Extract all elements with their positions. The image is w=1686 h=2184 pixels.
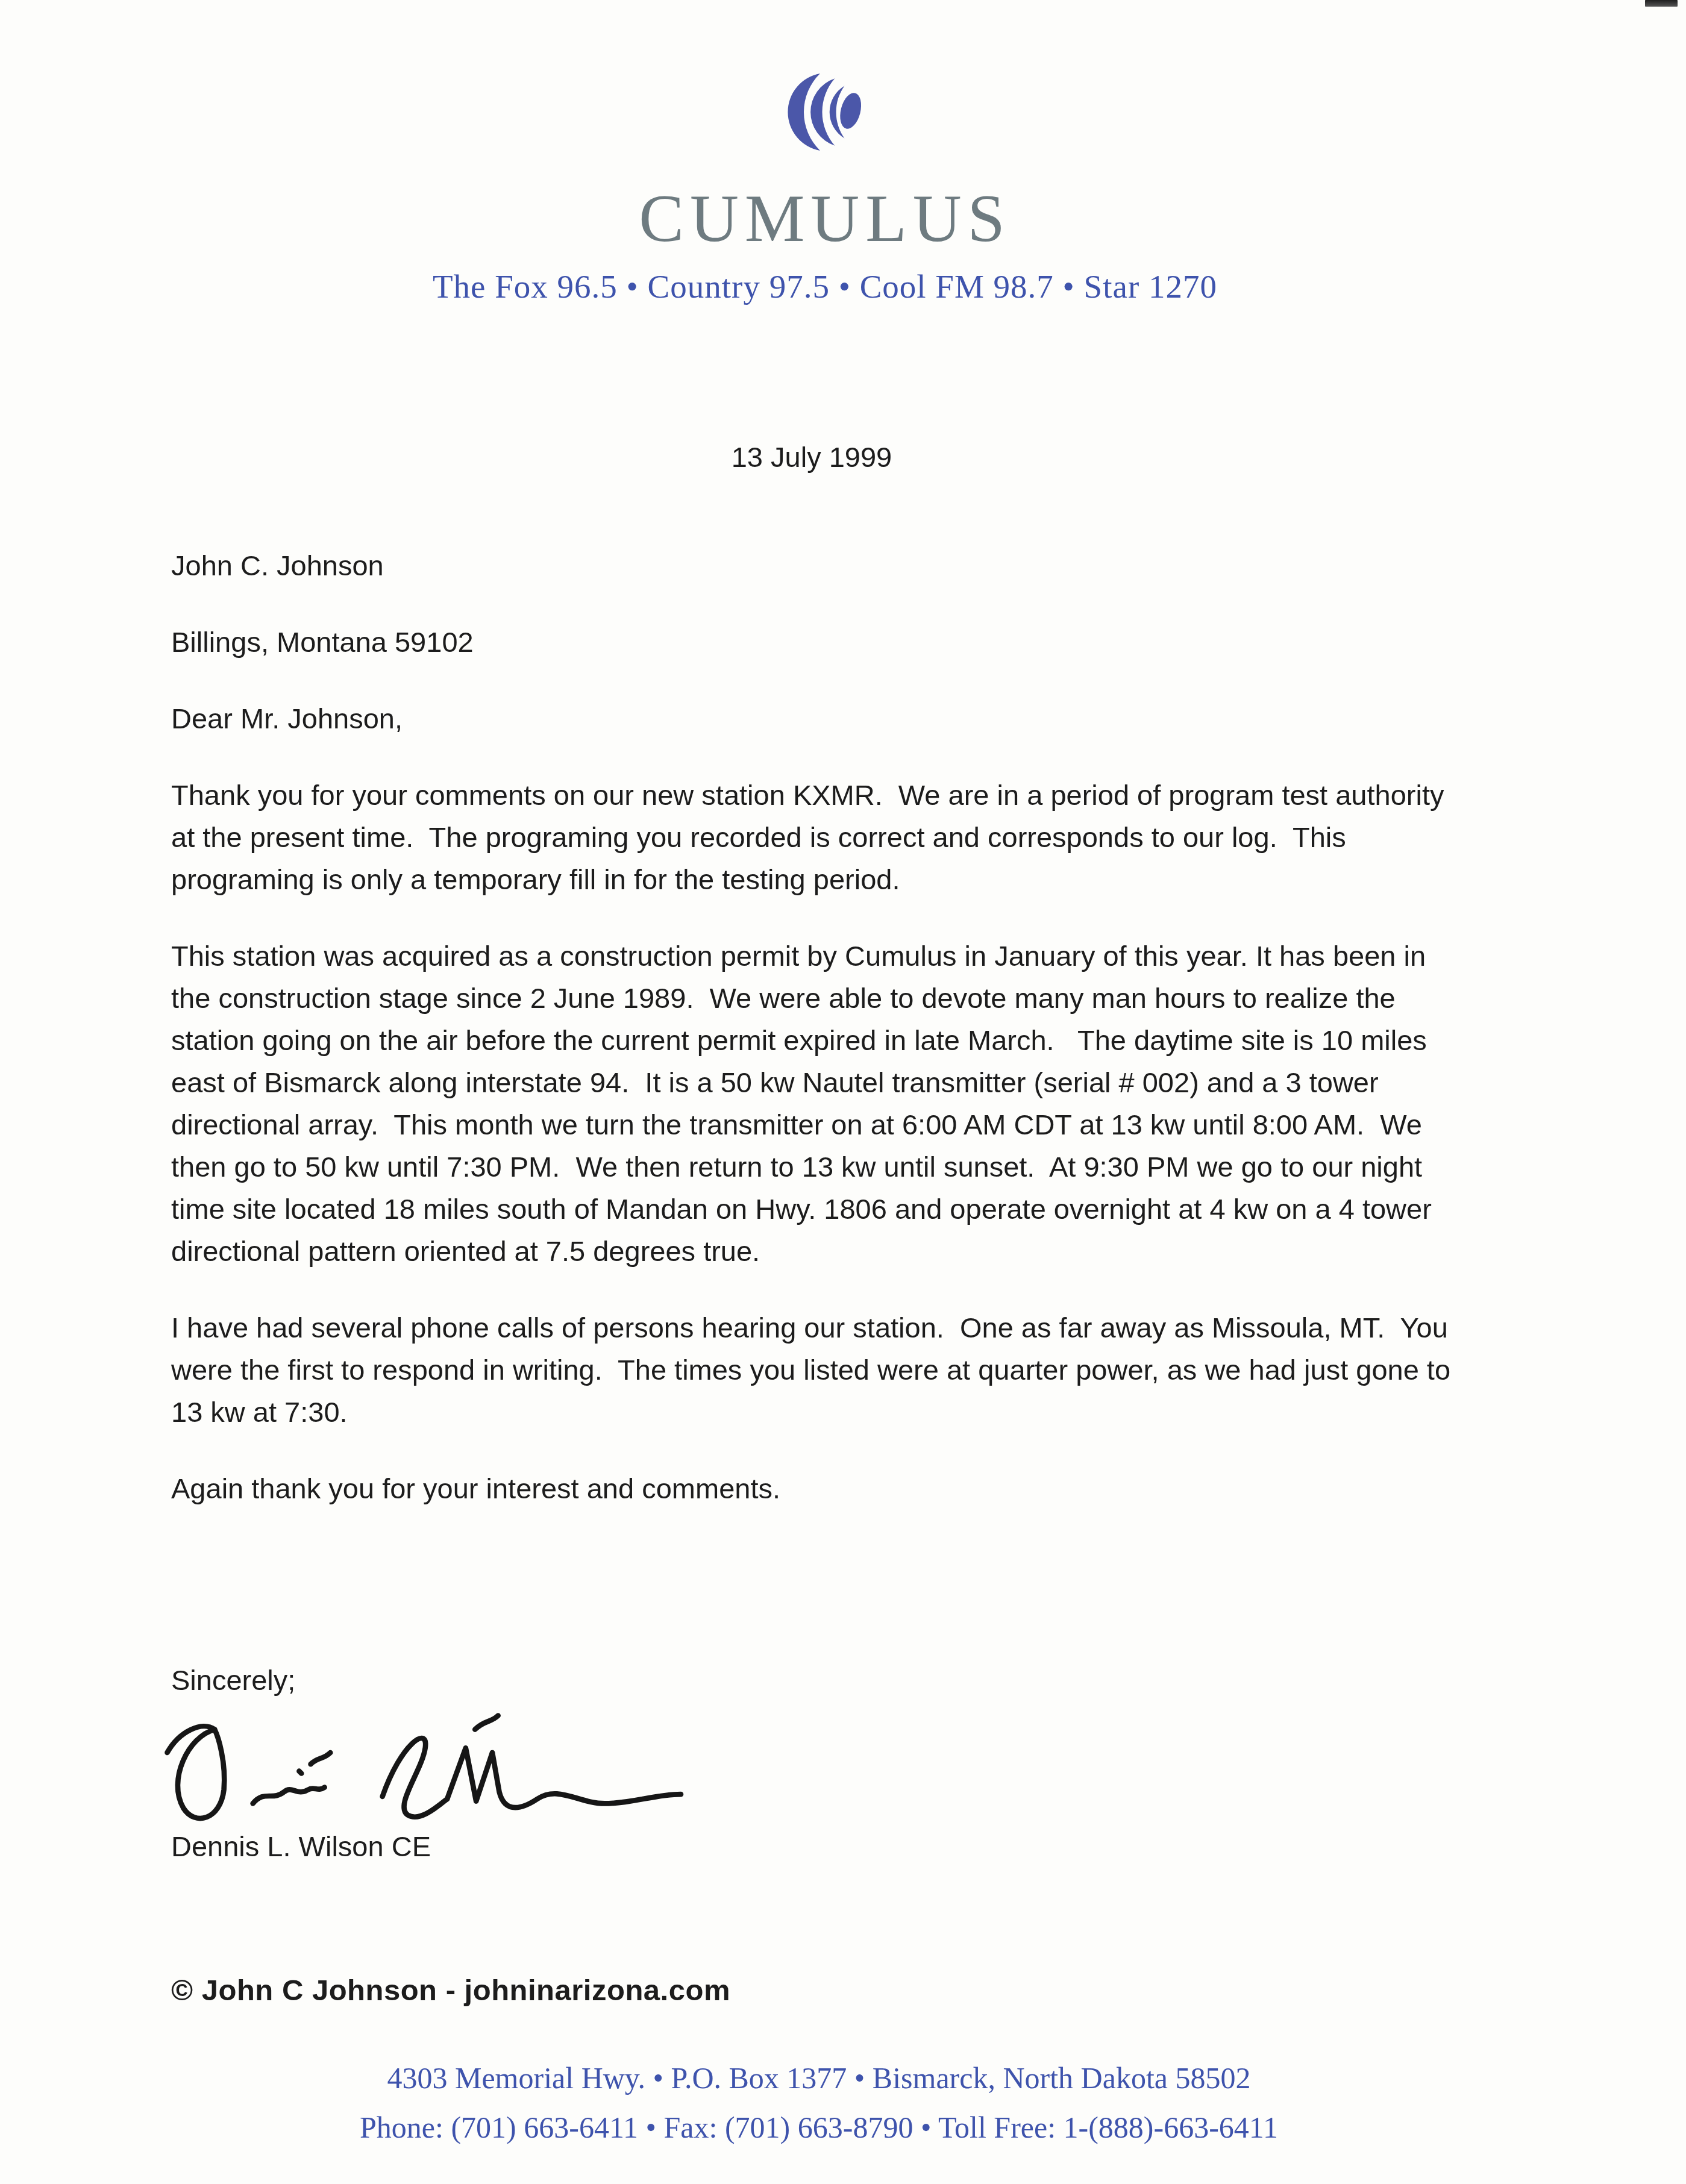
signature-image bbox=[160, 1697, 1488, 1836]
recipient-city: Billings, Montana 59102 bbox=[171, 621, 1488, 663]
footer-contact: Phone: (701) 663-6411 • Fax: (701) 663-8… bbox=[0, 2103, 1662, 2152]
brand-title: CUMULUS bbox=[0, 180, 1668, 258]
footer-address: 4303 Memorial Hwy. • P.O. Box 1377 • Bis… bbox=[0, 2053, 1662, 2103]
letter-date: 13 July 1999 bbox=[0, 440, 1655, 474]
letterhead: CUMULUS The Fox 96.5 • Country 97.5 • Co… bbox=[0, 0, 1686, 305]
letter-paragraph: This station was acquired as a construct… bbox=[171, 935, 1473, 1272]
letter-paragraph: I have had several phone calls of person… bbox=[171, 1307, 1473, 1433]
scanned-letter-page: { "header": { "brand": "CUMULUS", "stati… bbox=[0, 0, 1686, 2184]
cumulus-logo-icon bbox=[780, 72, 865, 152]
stations-line: The Fox 96.5 • Country 97.5 • Cool FM 98… bbox=[0, 268, 1668, 305]
scan-artifact-mark bbox=[1645, 0, 1678, 7]
letter-paragraph: Thank you for your comments on our new s… bbox=[171, 774, 1473, 901]
signature-name: Dennis L. Wilson CE bbox=[171, 1826, 1488, 1868]
recipient-name: John C. Johnson bbox=[171, 545, 1488, 587]
copyright-watermark: © John C Johnson - johninarizona.com bbox=[171, 1974, 1488, 2007]
letter-paragraph: Again thank you for your interest and co… bbox=[171, 1468, 1473, 1510]
letterhead-footer: 4303 Memorial Hwy. • P.O. Box 1377 • Bis… bbox=[0, 2053, 1686, 2152]
salutation: Dear Mr. Johnson, bbox=[171, 698, 1488, 740]
closing-salutation: Sincerely; bbox=[171, 1659, 1488, 1701]
letter-body: John C. Johnson Billings, Montana 59102 … bbox=[0, 545, 1488, 2007]
